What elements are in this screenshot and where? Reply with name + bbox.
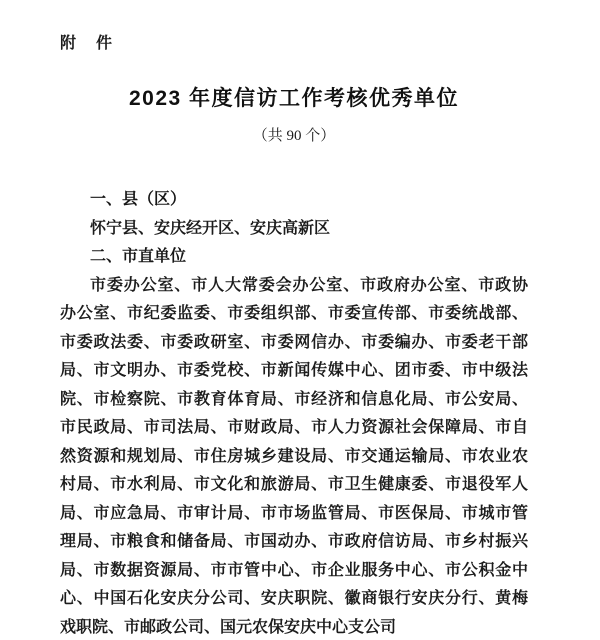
body-line: 局、市文明办、市委党校、市新闻传媒中心、团市委、市中级法 (60, 357, 528, 386)
body-line: 市委政法委、市委政研室、市委网信办、市委编办、市委老干部 (60, 329, 528, 358)
body-line: 村局、市水利局、市文化和旅游局、市卫生健康委、市退役军人 (60, 471, 528, 500)
attachment-label: 附 件 (60, 33, 600, 55)
body-line: 怀宁县、安庆经开区、安庆高新区 (60, 215, 528, 244)
body-line: 心、中国石化安庆分公司、安庆职院、徽商银行安庆分行、黄梅 (60, 585, 528, 614)
body-line: 局、市数据资源局、市市管中心、市企业服务中心、市公积金中 (60, 557, 528, 586)
body-line: 市委办公室、市人大常委会办公室、市政府办公室、市政协 (60, 272, 528, 301)
body-line: 戏职院、市邮政公司、国元农保安庆中心支公司 (60, 614, 528, 640)
document-body: 一、县（区） 怀宁县、安庆经开区、安庆高新区 二、市直单位 市委办公室、市人大常… (60, 186, 528, 640)
section-heading-municipal-units: 二、市直单位 (60, 243, 528, 272)
body-line: 然资源和规划局、市住房城乡建设局、市交通运输局、市农业农 (60, 443, 528, 472)
document-title: 2023 年度信访工作考核优秀单位 (60, 84, 528, 114)
document-subtitle: （共 90 个） (60, 126, 528, 147)
body-line: 理局、市粮食和储备局、市国动办、市政府信访局、市乡村振兴 (60, 528, 528, 557)
body-line: 局、市应急局、市审计局、市市场监管局、市医保局、市城市管 (60, 500, 528, 529)
document-page: 附 件 2023 年度信访工作考核优秀单位 （共 90 个） 一、县（区） 怀宁… (0, 0, 600, 640)
body-line: 市民政局、市司法局、市财政局、市人力资源社会保障局、市自 (60, 414, 528, 443)
section-heading-counties: 一、县（区） (60, 186, 528, 215)
body-line: 院、市检察院、市教育体育局、市经济和信息化局、市公安局、 (60, 386, 528, 415)
body-line: 办公室、市纪委监委、市委组织部、市委宣传部、市委统战部、 (60, 300, 528, 329)
